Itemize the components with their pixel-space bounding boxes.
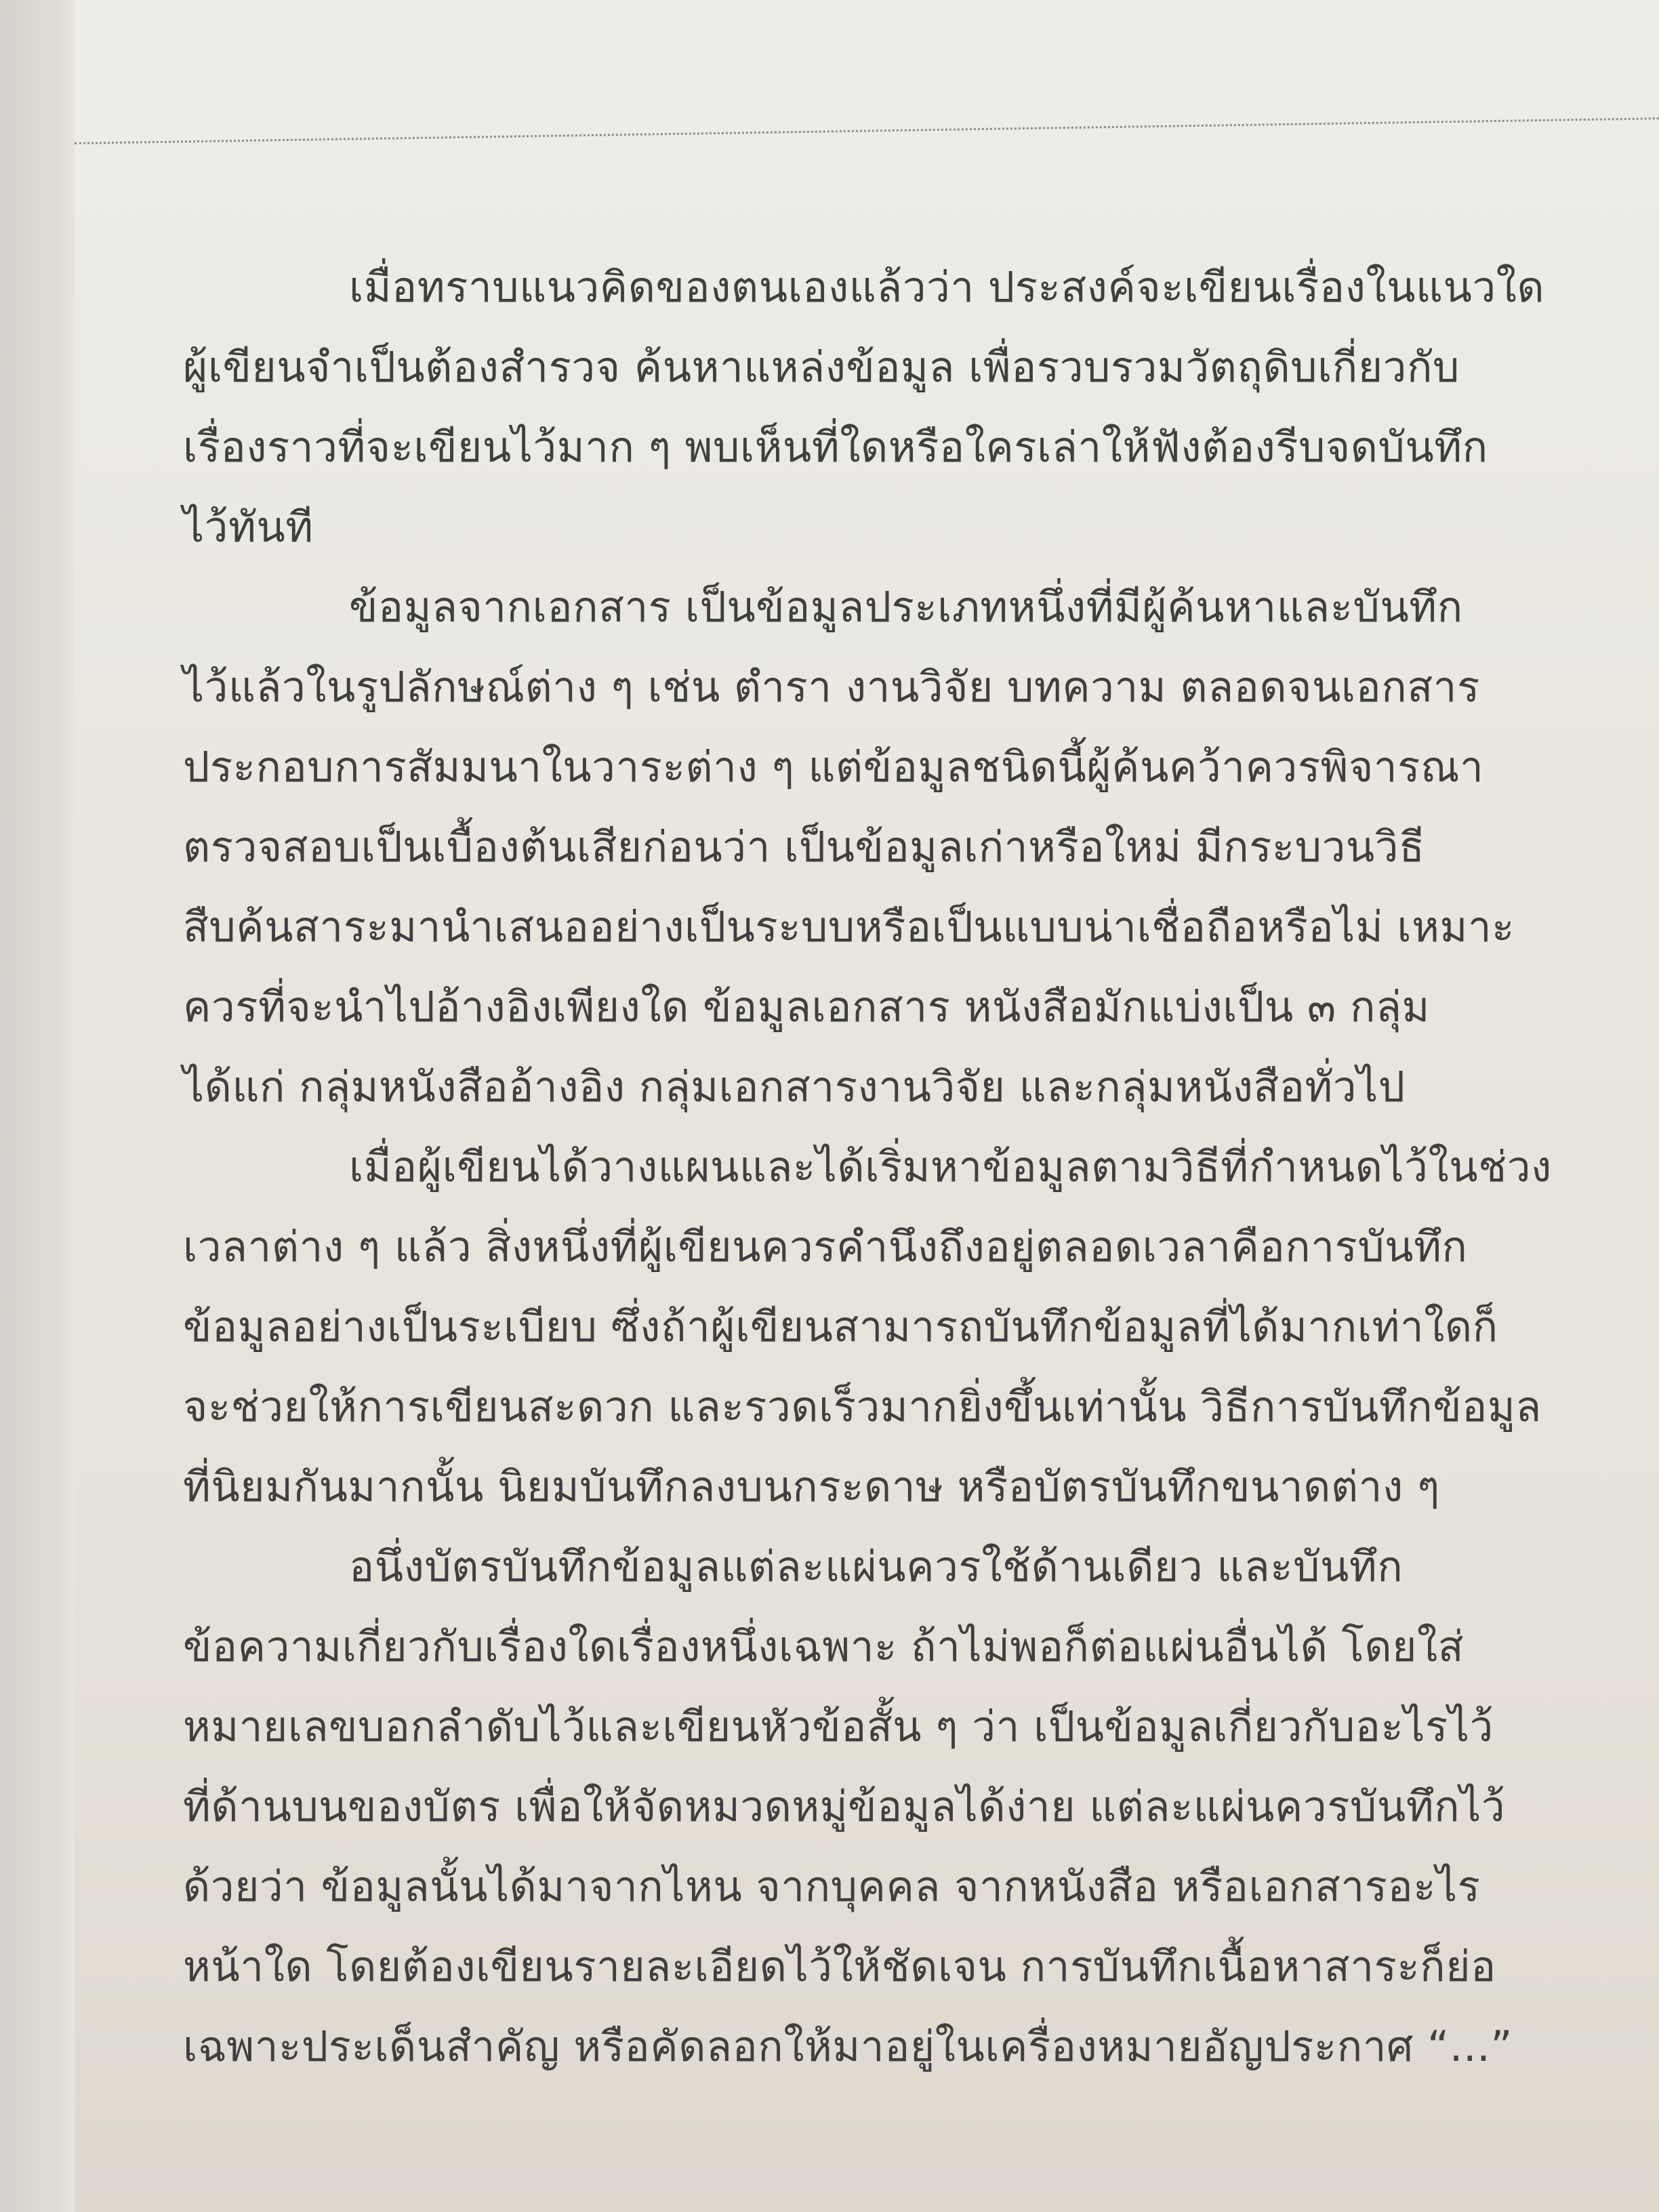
paragraph-4-line-6: หน้าใด โดยต้องเขียนรายละเอียดไว้ให้ชัดเจ…	[183, 1927, 1654, 2007]
dotted-divider-line	[75, 117, 1659, 144]
paragraph-2-line-6: ควรที่จะนำไปอ้างอิงเพียงใด ข้อมูลเอกสาร …	[183, 967, 1654, 1047]
book-page: เมื่อทราบแนวคิดของตนเองแล้วว่า ประสงค์จะ…	[75, 0, 1659, 2212]
paragraph-4-line-4: ที่ด้านบนของบัตร เพื่อให้จัดหมวดหมู่ข้อม…	[183, 1767, 1654, 1847]
paragraph-2-line-1: ข้อมูลจากเอกสาร เป็นข้อมูลประเภทหนึ่งที่…	[183, 567, 1654, 647]
paragraph-1-line-2: ผู้เขียนจำเป็นต้องสำรวจ ค้นหาแหล่งข้อมูล…	[183, 327, 1654, 407]
paragraph-3-line-4: จะช่วยให้การเขียนสะดวก และรวดเร็วมากยิ่ง…	[183, 1367, 1654, 1447]
paragraph-4-line-2: ข้อความเกี่ยวกับเรื่องใดเรื่องหนึ่งเฉพาะ…	[183, 1607, 1654, 1687]
paragraph-2-line-4: ตรวจสอบเป็นเบื้องต้นเสียก่อนว่า เป็นข้อม…	[183, 807, 1654, 887]
paragraph-3-line-3: ข้อมูลอย่างเป็นระเบียบ ซึ่งถ้าผู้เขียนสา…	[183, 1287, 1654, 1367]
paragraph-3-line-2: เวลาต่าง ๆ แล้ว สิ่งหนึ่งที่ผู้เขียนควรค…	[183, 1207, 1654, 1287]
paragraph-1-line-3: เรื่องราวที่จะเขียนไว้มาก ๆ พบเห็นที่ใดห…	[183, 407, 1654, 487]
paragraph-2-line-3: ประกอบการสัมมนาในวาระต่าง ๆ แต่ข้อมูลชนิ…	[183, 727, 1654, 807]
paragraph-4-line-3: หมายเลขบอกลำดับไว้และเขียนหัวข้อสั้น ๆ ว…	[183, 1687, 1654, 1767]
body-text: เมื่อทราบแนวคิดของตนเองแล้วว่า ประสงค์จะ…	[183, 247, 1654, 2087]
paragraph-2-line-2: ไว้แล้วในรูปลักษณ์ต่าง ๆ เช่น ตำรา งานวิ…	[183, 647, 1654, 727]
paragraph-3-line-5: ที่นิยมกันมากนั้น นิยมบันทึกลงบนกระดาษ ห…	[183, 1447, 1654, 1527]
paragraph-1-line-1: เมื่อทราบแนวคิดของตนเองแล้วว่า ประสงค์จะ…	[183, 247, 1654, 327]
adjacent-page-edge	[0, 0, 81, 2212]
paragraph-1-line-4: ไว้ทันที	[183, 487, 1654, 567]
paragraph-2-line-5: สืบค้นสาระมานำเสนออย่างเป็นระบบหรือเป็นแ…	[183, 887, 1654, 967]
paragraph-4-line-5: ด้วยว่า ข้อมูลนั้นได้มาจากไหน จากบุคคล จ…	[183, 1847, 1654, 1927]
paragraph-2-line-7: ได้แก่ กลุ่มหนังสืออ้างอิง กลุ่มเอกสารงา…	[183, 1047, 1654, 1127]
paragraph-4-line-1: อนึ่งบัตรบันทึกข้อมูลแต่ละแผ่นควรใช้ด้าน…	[183, 1527, 1654, 1607]
paragraph-3-line-1: เมื่อผู้เขียนได้วางแผนและได้เริ่มหาข้อมู…	[183, 1127, 1654, 1207]
paragraph-4-line-7: เฉพาะประเด็นสำคัญ หรือคัดลอกให้มาอยู่ในเ…	[183, 2007, 1654, 2087]
